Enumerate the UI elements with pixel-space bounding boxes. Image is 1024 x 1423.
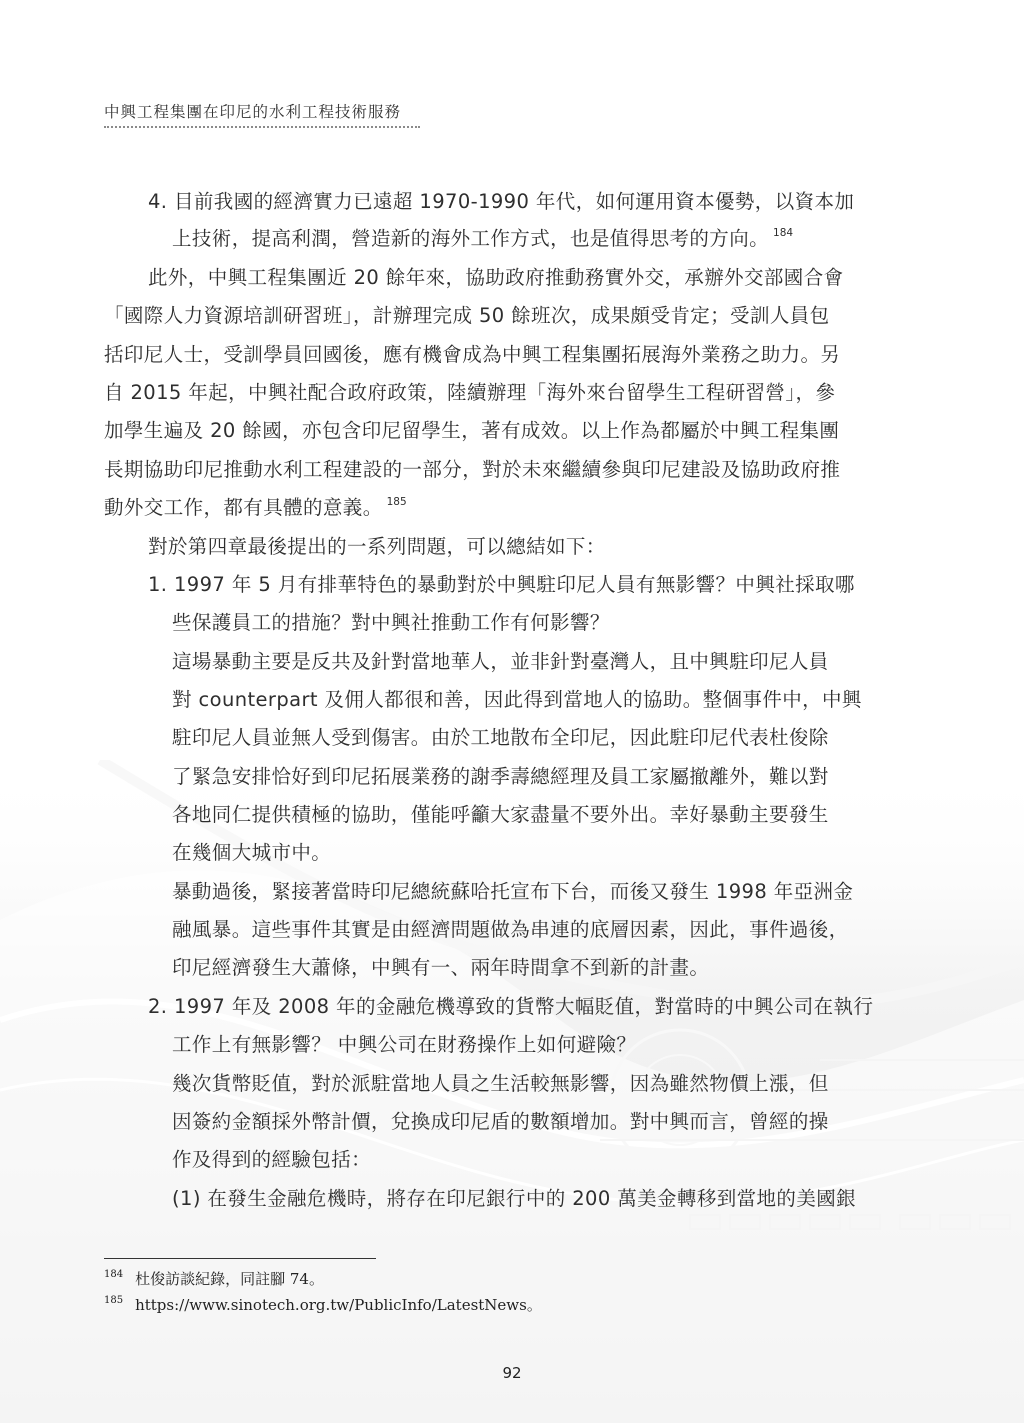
diplomacy-line-5: 加學生遍及 20 餘國，亦包含印尼留學生，著有成效。以上作為都屬於中興工程集團 xyxy=(104,415,839,443)
running-header: 中興工程集團在印尼的水利工程技術服務 xyxy=(104,100,401,122)
answer-1-line-4: 了緊急安排恰好到印尼拓展業務的謝季壽總經理及員工家屬撤離外，難以對 xyxy=(172,761,829,789)
answer-2-line-3: 作及得到的經驗包括： xyxy=(172,1144,371,1172)
diplomacy-line-4: 自 2015 年起，中興社配合政府政策，陸續辦理「海外來台留學生工程研習營」，參 xyxy=(104,377,835,405)
footnote-separator xyxy=(104,1258,376,1259)
answer-1b-line-3: 印尼經濟發生大蕭條，中興有一、兩年時間拿不到新的計畫。 xyxy=(172,952,709,980)
footnote-184: 184杜俊訪談紀錄，同註腳 74。 xyxy=(104,1268,324,1289)
answer-1-line-2: 對 counterpart 及佣人都很和善，因此得到當地人的協助。整個事件中，中… xyxy=(172,684,862,712)
footnote-link[interactable]: https://www.sinotech.org.tw/PublicInfo/L… xyxy=(135,1296,542,1314)
answer-1b-line-1: 暴動過後，緊接著當時印尼總統蘇哈托宣布下台，而後又發生 1998 年亞洲金 xyxy=(172,876,853,904)
document-page: 中興工程集團在印尼的水利工程技術服務 4. 目前我國的經濟實力已遠超 1970-… xyxy=(0,0,1024,1423)
diplomacy-line-1: 此外，中興工程集團近 20 餘年來，協助政府推動務實外交，承辦外交部國合會 xyxy=(148,262,844,290)
header-dotted-rule xyxy=(104,126,420,128)
question-1-line-1: 1. 1997 年 5 月有排華特色的暴動對於中興駐印尼人員有無影響？中興社採取… xyxy=(148,569,855,597)
answer-1-line-5: 各地同仁提供積極的協助，僅能呼籲大家盡量不要外出。幸好暴動主要發生 xyxy=(172,799,829,827)
page-number: 92 xyxy=(0,1364,1024,1382)
footnote-ref-184[interactable]: 184 xyxy=(773,227,793,239)
answer-2-line-2: 因簽約金額採外幣計價，兌換成印尼盾的數額增加。對中興而言，曾經的操 xyxy=(172,1106,829,1134)
footnote-ref-185[interactable]: 185 xyxy=(387,496,407,508)
item-4-line-1: 4. 目前我國的經濟實力已遠超 1970-1990 年代，如何運用資本優勢，以資… xyxy=(148,186,854,214)
question-2-line-1: 2. 1997 年及 2008 年的金融危機導致的貨幣大幅貶值，對當時的中興公司… xyxy=(148,991,873,1019)
footnote-number: 184 xyxy=(104,1269,123,1280)
summary-intro: 對於第四章最後提出的一系列問題，可以總結如下： xyxy=(148,531,606,559)
answer-1-line-3: 駐印尼人員並無人受到傷害。由於工地散布全印尼，因此駐印尼代表杜俊除 xyxy=(172,722,829,750)
item-4-text: 上技術，提高利潤，營造新的海外工作方式，也是值得思考的方向。 xyxy=(172,227,769,250)
answer-1-line-6: 在幾個大城市中。 xyxy=(172,837,331,865)
footnote-text: 杜俊訪談紀錄，同註腳 74。 xyxy=(135,1270,324,1288)
diplomacy-line-2: 「國際人力資源培訓研習班」，計辦理完成 50 餘班次，成果頗受肯定；受訓人員包 xyxy=(104,300,830,328)
answer-2-line-1: 幾次貨幣貶值，對於派駐當地人員之生活較無影響，因為雖然物價上漲，但 xyxy=(172,1068,829,1096)
diplomacy-line-7: 動外交工作，都有具體的意義。185 xyxy=(104,492,407,520)
footnote-185: 185https://www.sinotech.org.tw/PublicInf… xyxy=(104,1294,542,1315)
diplomacy-line-3: 括印尼人士，受訓學員回國後，應有機會成為中興工程集團拓展海外業務之助力。另 xyxy=(104,339,840,367)
footnote-number: 185 xyxy=(104,1295,123,1306)
question-2-line-2: 工作上有無影響？ 中興公司在財務操作上如何避險？ xyxy=(172,1029,636,1057)
diplomacy-line-7-text: 動外交工作，都有具體的意義。 xyxy=(104,496,383,519)
question-1-line-2: 些保護員工的措施？對中興社推動工作有何影響？ xyxy=(172,607,610,635)
answer-1-line-1: 這場暴動主要是反共及針對當地華人，並非針對臺灣人，且中興駐印尼人員 xyxy=(172,646,829,674)
diplomacy-line-6: 長期協助印尼推動水利工程建設的一部分，對於未來繼續參與印尼建設及協助政府推 xyxy=(104,454,840,482)
answer-2-sub-1: (1) 在發生金融危機時，將存在印尼銀行中的 200 萬美金轉移到當地的美國銀 xyxy=(172,1183,856,1211)
item-4-line-2: 上技術，提高利潤，營造新的海外工作方式，也是值得思考的方向。184 xyxy=(172,223,793,251)
answer-1b-line-2: 融風暴。這些事件其實是由經濟問題做為串連的底層因素，因此，事件過後， xyxy=(172,914,849,942)
